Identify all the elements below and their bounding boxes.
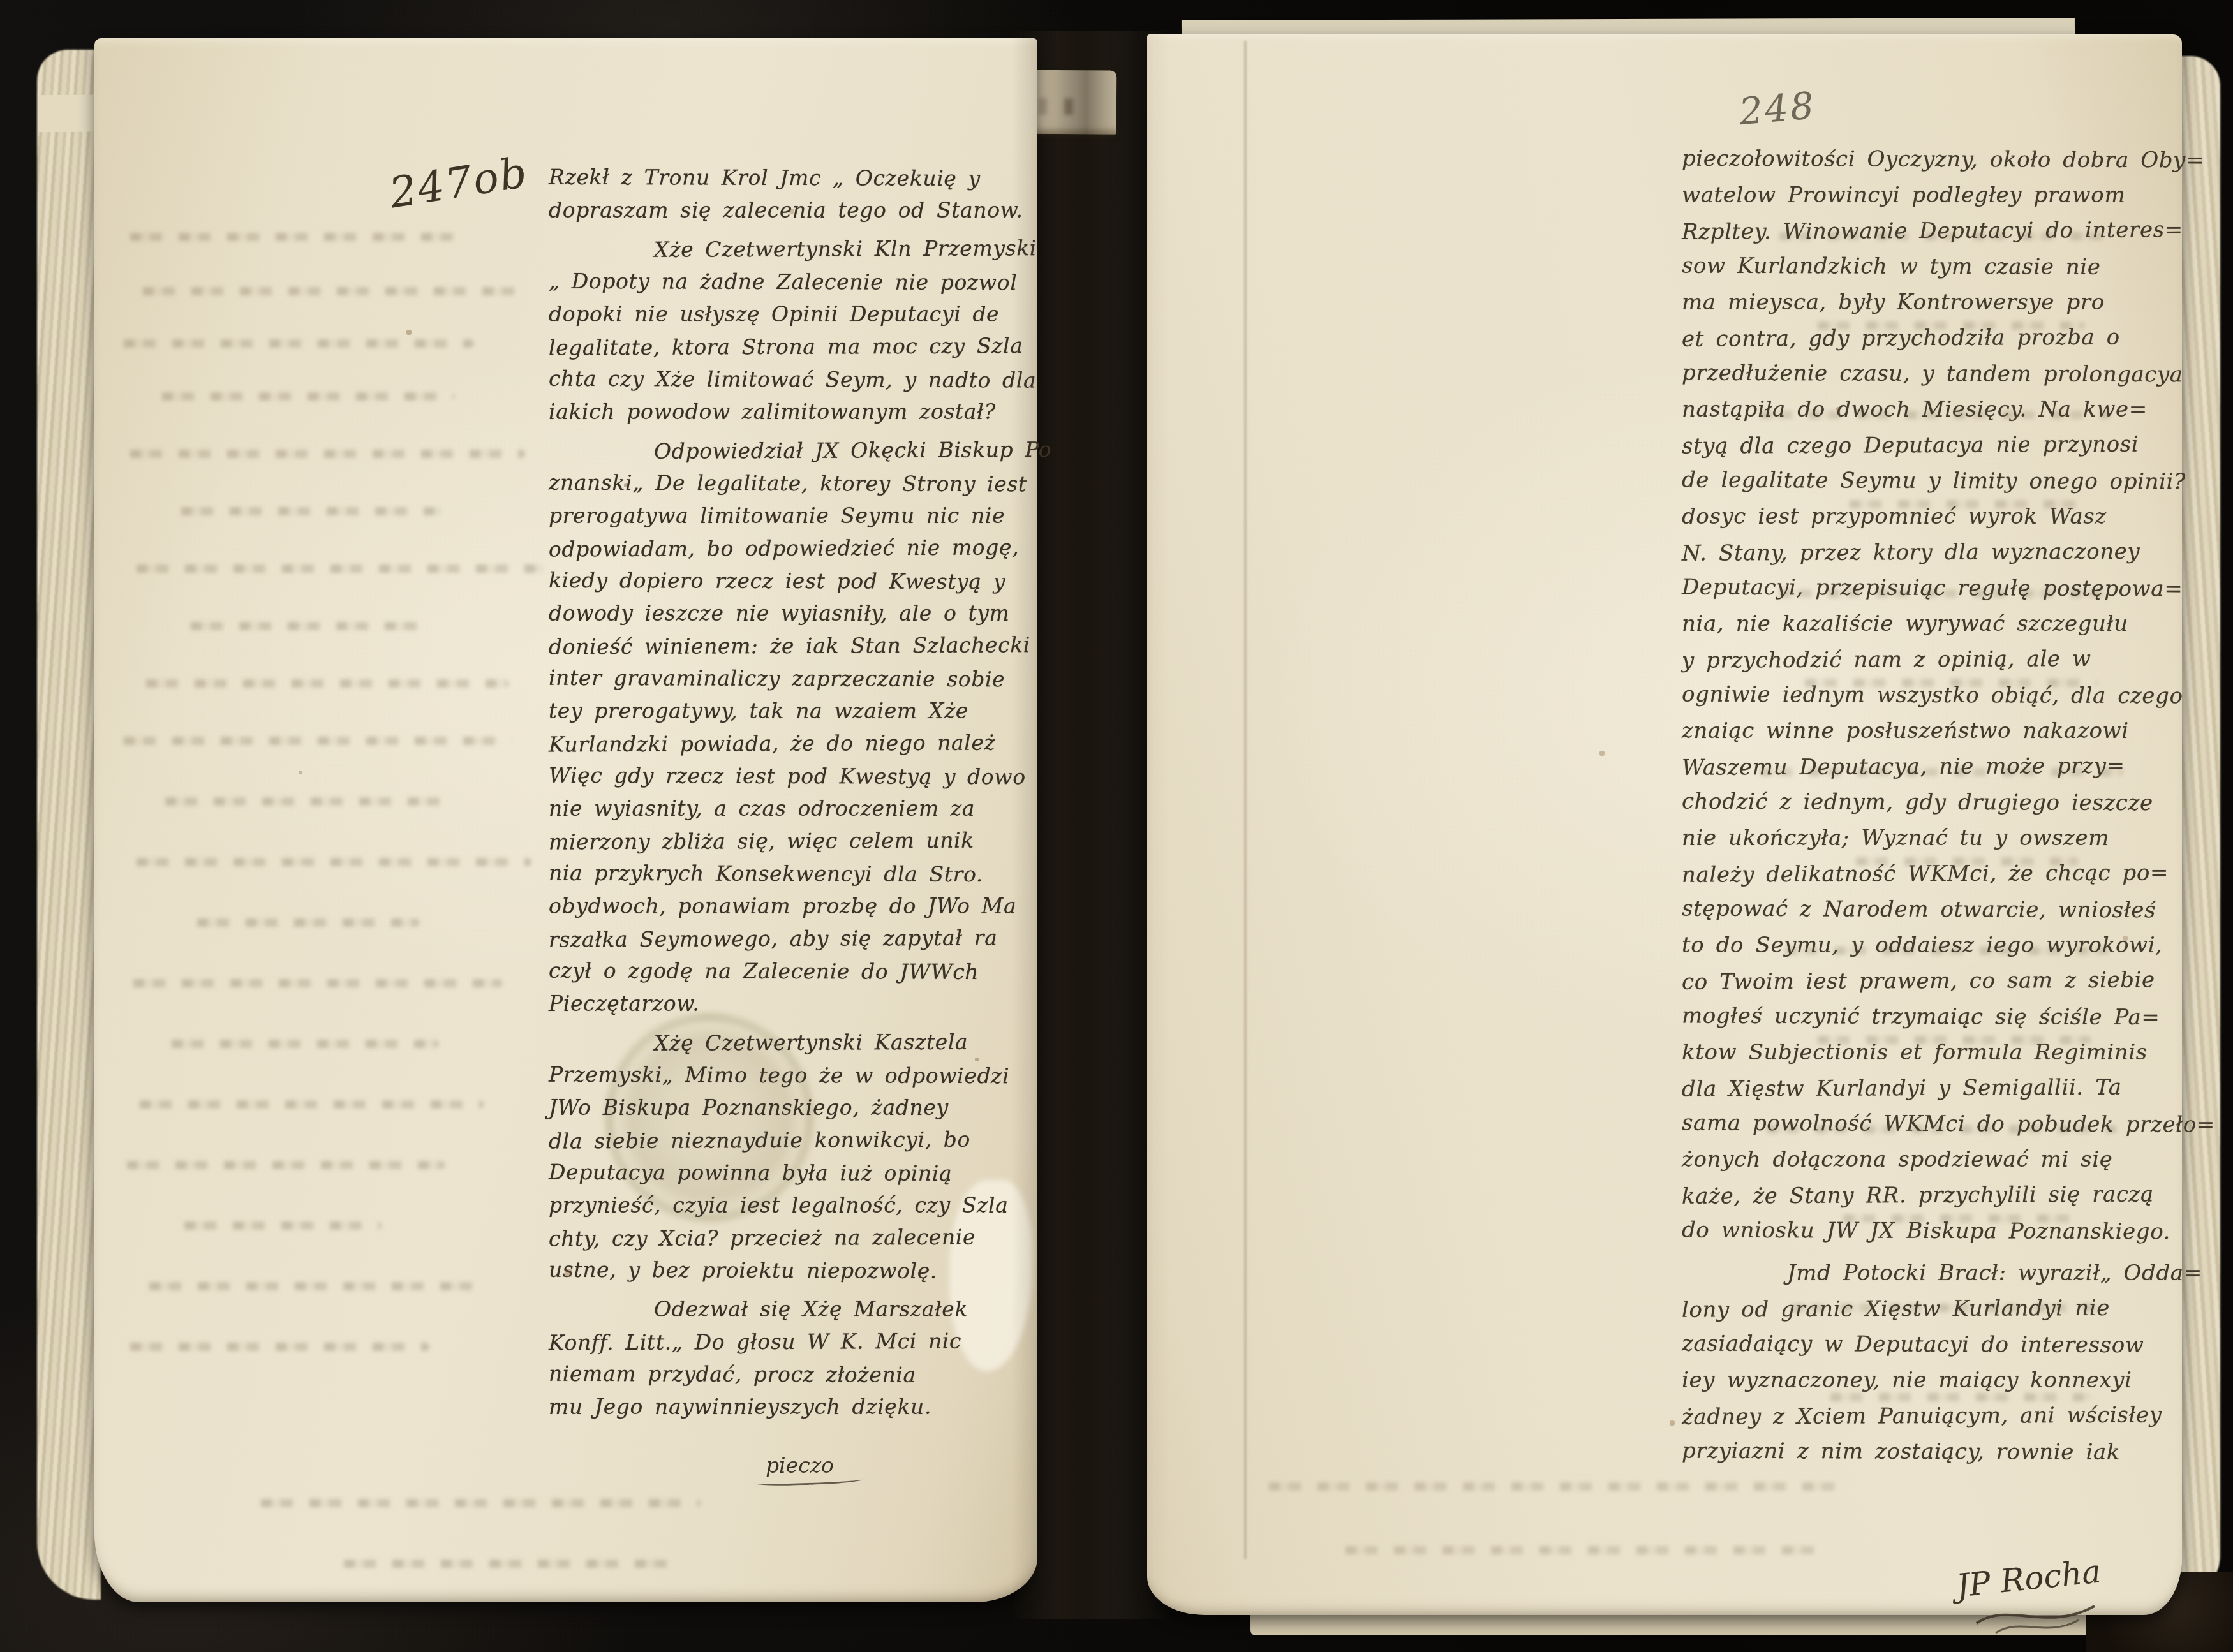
show-through-line [337, 1560, 681, 1568]
manuscript-line: ma mieysca, były Kontrowersye pro [1682, 284, 2192, 320]
show-through-line [254, 1499, 701, 1507]
show-through-line [117, 737, 512, 745]
signature-flourish [1970, 1595, 2104, 1639]
manuscript-line: tey prerogatywy, tak na wzaiem Xże [549, 695, 995, 727]
paper-specks [0, 0, 1, 1]
manuscript-line: chodzić z iednym, gdy drugiego ieszcze [1682, 784, 2192, 822]
manuscript-line: przynieść, czyia iest legalność, czy Szl… [549, 1189, 995, 1221]
manuscript-line: Deputacya powinna była iuż opinią [549, 1156, 995, 1190]
manuscript-line: nie wyiasnity, a czas odroczeniem za [549, 792, 995, 825]
manuscript-line: chty, czy Xcia? przecież na zalecenie [549, 1220, 995, 1255]
show-through-line [130, 564, 544, 573]
show-through-line [142, 1282, 487, 1290]
manuscript-line: żadney z Xciem Panuiącym, ani wścisłey [1682, 1397, 2192, 1434]
manuscript-line: Odezwał się Xżę Marszałek [549, 1293, 995, 1325]
manuscript-line: Rzpltey. Winowanie Deputacyi do interes= [1682, 212, 2192, 249]
show-through-line [158, 797, 452, 806]
manuscript-line: odpowiadam, bo odpowiedzieć nie mogę, [549, 531, 995, 565]
manuscript-line: inter gravaminaliczy zaprzeczanie sobie [549, 661, 995, 695]
manuscript-line: żonych dołączona spodziewać mi się [1682, 1142, 2192, 1177]
show-through-line [190, 918, 420, 927]
manuscript-line: ktow Subjectionis et formula Regiminis [1682, 1035, 2192, 1070]
manuscript-line: „ Dopoty na żadne Zalecenie nie pozwol [549, 265, 995, 299]
show-through-line [120, 1161, 445, 1169]
show-through-line [123, 1343, 429, 1351]
manuscript-line: niemam przydać, procz złożenia [549, 1357, 995, 1391]
manuscript-line: dla Xięstw Kurlandyi y Semigallii. Ta [1682, 1069, 2192, 1107]
manuscript-line: co Twoim iest prawem, co sam z siebie [1682, 962, 2192, 999]
show-through-line [130, 858, 531, 866]
manuscript-line: sow Kurlandzkich w tym czasie nie [1682, 248, 2192, 286]
manuscript-line: pieczołowitości Oyczyzny, około dobra Ob… [1682, 141, 2192, 179]
manuscript-line: każe, że Stany RR. przychylili się raczą [1682, 1176, 2192, 1214]
right-page: 248 pieczołowitości Oyczyzny, około dobr… [1147, 34, 2182, 1615]
manuscript-line: nastąpiła do dwoch Miesięcy. Na kwe= [1682, 392, 2192, 427]
manuscript-line: ustne, y bez proiektu niepozwolę. [549, 1253, 995, 1287]
manuscript-line: Xżę Czetwertynski Kasztela [549, 1025, 995, 1059]
manuscript-line: Pieczętarzow. [549, 987, 995, 1020]
folio-number-right: 248 [1737, 84, 1817, 133]
manuscript-line: zasiadaiący w Deputacyi do interessow [1682, 1326, 2192, 1364]
show-through-line [117, 339, 474, 348]
manuscript-line: iey wyznaczoney, nie maiący konnexyi [1682, 1362, 2192, 1398]
manuscript-line: Jmd Potocki Bracł: wyraził„ Odda= [1682, 1255, 2192, 1291]
manuscript-line: do wniosku JW JX Biskupa Poznanskiego. [1682, 1213, 2192, 1250]
left-page: 247ob Rzekł z Tronu Krol Jmc „ Oczekuię … [94, 38, 1037, 1602]
manuscript-line: Przemyski„ Mimo tego że w odpowiedzi [549, 1058, 995, 1092]
manuscript-line: Więc gdy rzecz iest pod Kwestyą y dowo [549, 759, 995, 793]
manuscript-line: sama powolność WKMci do pobudek przeło= [1682, 1105, 2192, 1143]
manuscript-line: należy delikatność WKMci, że chcąc po= [1682, 855, 2192, 892]
manuscript-line: znanski„ De legalitate, ktorey Strony ie… [549, 466, 995, 500]
show-through-line [136, 287, 519, 295]
manuscript-line: de legalitate Seymu y limity onego opini… [1682, 462, 2192, 500]
manuscript-line: to do Seymu, y oddaiesz iego wyrokowi, [1682, 927, 2192, 963]
manuscript-line: mierzony zbliża się, więc celem unik [549, 823, 995, 858]
manuscript-line: Kurlandzki powiada, że do niego należ [549, 726, 995, 760]
right-page-text: pieczołowitości Oyczyzny, około dobra Ob… [1682, 142, 2192, 1470]
manuscript-line: Xże Czetwertynski Kln Przemyski [549, 232, 995, 266]
manuscript-line: watelow Prowincyi podległey prawom [1682, 177, 2192, 213]
left-page-text: Rzekł z Tronu Krol Jmc „ Oczekuię y dopr… [549, 161, 995, 1423]
manuscript-line: Odpowiedział JX Okęcki Biskup Po [549, 433, 995, 468]
manuscript-line: mu Jego naywinnieyszych dzięku. [549, 1390, 995, 1423]
show-through-line [1262, 1482, 1849, 1491]
manuscript-line: dosyc iest przypomnieć wyrok Wasz [1682, 499, 2192, 535]
catchword: pieczo [766, 1453, 863, 1485]
show-through-line [133, 1100, 484, 1109]
manuscript-line: y przychodzić nam z opinią, ale w [1682, 640, 2192, 678]
show-through-line [1339, 1546, 1823, 1554]
gutter-shadow [1011, 31, 1171, 1619]
manuscript-line: znaiąc winne posłuszeństwo nakazowi [1682, 713, 2192, 749]
show-through-line [126, 979, 503, 987]
manuscript-line: Waszemu Deputacya, nie może przy= [1682, 748, 2192, 785]
show-through-line [139, 679, 509, 688]
manuscript-line: czył o zgodę na Zalecenie do JWWch [549, 954, 995, 988]
manuscript-line: lony od granic Xięstw Kurlandyi nie [1682, 1290, 2192, 1327]
manuscript-line: mogłeś uczynić trzymaiąc się ściśle Pa= [1682, 998, 2192, 1036]
manuscript-line: obydwoch, ponawiam prozbę do JWo Ma [549, 890, 995, 922]
manuscript-line: przyiazni z nim zostaiący, rownie iak [1682, 1433, 2192, 1471]
manuscript-line: legalitate, ktora Strona ma moc czy Szla [549, 329, 995, 364]
manuscript-line: ogniwie iednym wszystko obiąć, dla czego [1682, 677, 2192, 714]
show-through-line [165, 1040, 439, 1048]
folio-number-left: 247ob [386, 147, 531, 218]
show-through-line [174, 507, 442, 515]
manuscript-line: Deputacyi, przepisuiąc regułę postępowa= [1682, 570, 2192, 607]
show-through-line [177, 1221, 382, 1230]
manuscript-line: chta czy Xże limitować Seym, y nadto dla [549, 362, 995, 396]
manuscript-line: rszałka Seymowego, aby się zapytał ra [549, 921, 995, 955]
book-spread-photo: 247ob Rzekł z Tronu Krol Jmc „ Oczekuię … [0, 0, 2233, 1652]
manuscript-line: iakich powodow zalimitowanym został? [549, 395, 995, 428]
manuscript-line: Konff. Litt.„ Do głosu W K. Mci nic [549, 1324, 995, 1359]
manuscript-line: przedłużenie czasu, y tandem prolongacya [1682, 355, 2192, 393]
show-through-line [155, 392, 455, 401]
manuscript-line: nie ukończyła; Wyznać tu y owszem [1682, 820, 2192, 856]
manuscript-line: dla siebie nieznayduie konwikcyi, bo [549, 1123, 995, 1157]
manuscript-line: N. Stany, przez ktory dla wyznaczoney [1682, 533, 2192, 571]
manuscript-line: stępować z Narodem otwarcie, wniosłeś [1682, 891, 2192, 929]
page-edge-stack-left [37, 50, 101, 1600]
manuscript-line: JWo Biskupa Poznanskiego, żadney [549, 1091, 995, 1124]
manuscript-line: dopoki nie usłyszę Opinii Deputacyi de [549, 298, 995, 330]
under-page-edge-line [1244, 41, 1247, 1559]
manuscript-line: kiedy dopiero rzecz iest pod Kwestyą y [549, 564, 995, 598]
manuscript-line: nia, nie kazaliście wyrywać szczegułu [1682, 606, 2192, 642]
manuscript-line: nia przykrych Konsekwencyi dla Stro. [549, 857, 995, 890]
manuscript-line: dopraszam się zalecenia tego od Stanow. [549, 194, 995, 226]
show-through-line [123, 233, 455, 241]
show-through-line [184, 622, 426, 630]
show-through-line [123, 450, 525, 458]
manuscript-line: prerogatywa limitowanie Seymu nic nie [549, 499, 995, 532]
manuscript-line: styą dla czego Deputacya nie przynosi [1682, 426, 2192, 464]
manuscript-line: Rzekł z Tronu Krol Jmc „ Oczekuię y [549, 161, 995, 195]
manuscript-line: et contra, gdy przychodziła prozba o [1682, 319, 2192, 357]
manuscript-line: dowody ieszcze nie wyiasniły, ale o tym [549, 597, 995, 630]
manuscript-line: donieść winienem: że iak Stan Szlachecki [549, 628, 995, 663]
